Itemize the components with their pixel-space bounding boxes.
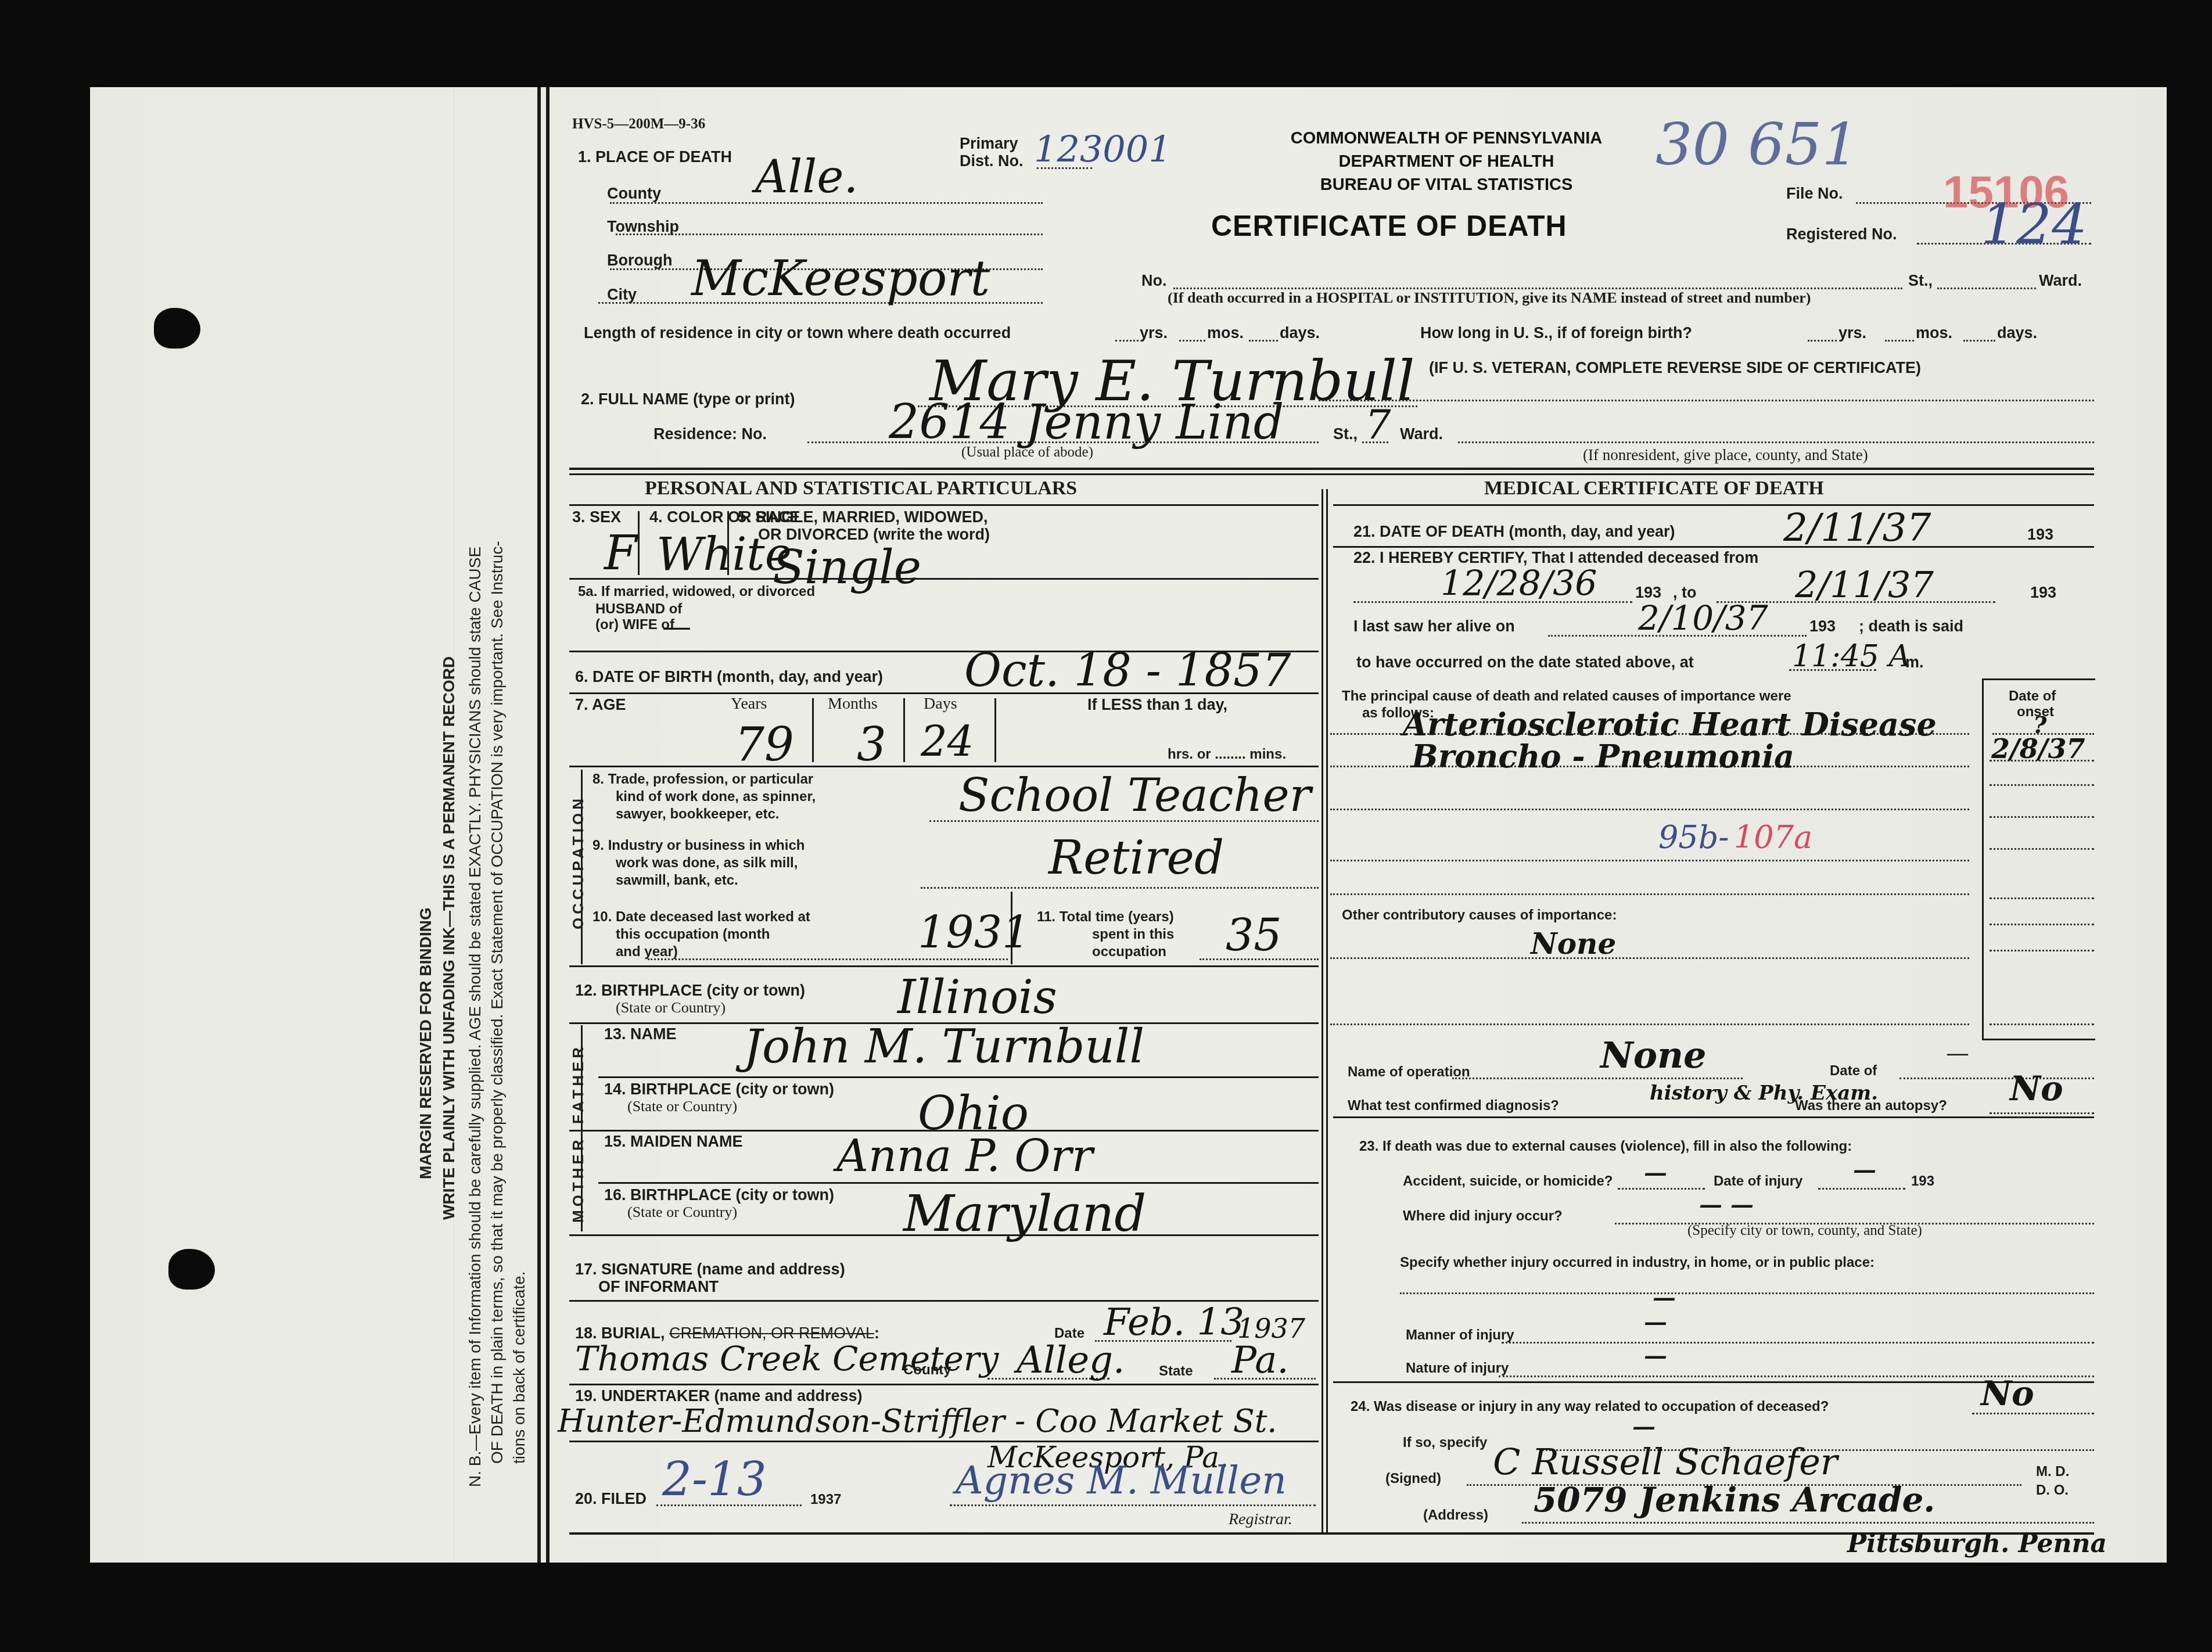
cause-label-1: The principal cause of death and related… [1342, 688, 1791, 705]
section-rule [569, 473, 2094, 475]
dist-no-value: 123001 [1034, 128, 1172, 170]
time-suffix: m. [1905, 653, 1924, 671]
mos-line [1179, 340, 1205, 342]
name-line-right [1319, 400, 2094, 401]
margin-nb-line2: OF DEATH in plain terms, so that it may … [487, 541, 508, 1464]
cell-divider [903, 698, 905, 762]
external-causes-label: 23. If death was due to external causes … [1359, 1139, 1852, 1155]
sex-label: 3. SEX [572, 508, 621, 526]
burial-county-label: County [903, 1362, 951, 1378]
mother-birthplace-label-1: 16. BIRTHPLACE (city or town) [604, 1186, 834, 1204]
personal-section-title: PERSONAL AND STATISTICAL PARTICULARS [645, 477, 1077, 500]
registrar-line [950, 1504, 1316, 1506]
accident-label: Accident, suicide, or homicide? [1403, 1173, 1613, 1190]
classification-code-red: 107a [1734, 819, 1812, 856]
months-label: Months [828, 695, 878, 713]
industry-value: Retired [1048, 831, 1224, 885]
days-label: Days [924, 695, 957, 713]
physician-address-city: Pittsburgh. Penna [1847, 1529, 2107, 1558]
last-worked-value: 1931 [918, 906, 1030, 958]
death-st-label: St., [1908, 272, 1933, 290]
trade-label-1: 8. Trade, profession, or particular [592, 771, 813, 788]
md-label: M. D. [2036, 1464, 2069, 1480]
informant-label-2: OF INFORMANT [598, 1278, 719, 1296]
do-label: D. O. [2036, 1482, 2069, 1499]
attended-from-value: 12/28/36 [1441, 563, 1597, 604]
file-no-label: File No. [1786, 185, 1843, 203]
residence-value: 2614 Jenny Lind [889, 395, 1284, 450]
if-so-value: — [1632, 1413, 1656, 1440]
borough-label: Borough [607, 252, 672, 270]
signed-label: (Signed) [1385, 1471, 1441, 1487]
trade-label-3: sawyer, bookkeeper, etc. [616, 806, 780, 823]
row-rule [598, 1182, 1319, 1184]
death-said-label: ; death is said [1859, 617, 1963, 635]
industry-label-2: work was done, as silk mill, [616, 855, 798, 871]
margin-nb-line1: N. B.—Every item of Information should b… [465, 547, 486, 1487]
mother-side-label: MOTHER [569, 1136, 587, 1223]
physician-address: 5079 Jenkins Arcade. [1534, 1480, 1935, 1520]
filed-year: 1937 [810, 1492, 841, 1508]
other-cause-line [1330, 957, 1969, 959]
less-than-label: If LESS than 1 day, [1087, 696, 1227, 714]
onset-line [1990, 784, 2094, 786]
father-side-label: FATHER [569, 1044, 587, 1124]
sex-value: F [604, 526, 637, 581]
margin-write-plainly: WRITE PLAINLY WITH UNFADING INK—THIS IS … [439, 656, 459, 1220]
agency-department: DEPARTMENT OF HEALTH [1243, 152, 1650, 171]
township-line [616, 234, 1043, 235]
onset-line [1990, 897, 2094, 899]
filed-label: 20. FILED [575, 1490, 647, 1508]
registrar-signature: Agnes M. Mullen [956, 1458, 1287, 1503]
nonresident-note: (If nonresident, give place, county, and… [1583, 446, 1868, 464]
column-divider [1322, 489, 1323, 1535]
if-so-label: If so, specify [1403, 1435, 1487, 1451]
place-of-death-label: 1. PLACE OF DEATH [578, 148, 732, 166]
onset-line [1990, 848, 2094, 850]
row-rule [1333, 1116, 2094, 1118]
address-label: (Address) [1423, 1507, 1488, 1524]
dob-value: Oct. 18 - 1857 [964, 645, 1291, 697]
onset-column-bottom [1982, 1039, 2095, 1040]
industry-line [921, 887, 1319, 889]
dod-suffix: 193 [2027, 526, 2053, 544]
onset-line [1990, 816, 2094, 818]
mother-birthplace-label-2: (State or Country) [627, 1204, 737, 1221]
days-line [1249, 340, 1278, 342]
row-rule [569, 766, 1319, 767]
cause-2-value: Broncho - Pneumonia [1412, 738, 1794, 775]
row-rule [569, 965, 1319, 967]
city-value: McKeesport [691, 250, 990, 307]
autopsy-value: No [2010, 1069, 2063, 1108]
occurred-label: to have occurred on the date stated abov… [1356, 653, 1694, 671]
foreign-days-line [1963, 340, 1995, 342]
handwritten-file-number: 30 651 [1656, 110, 1859, 178]
filed-value: 2-13 [662, 1452, 767, 1506]
manner-value: — [1644, 1308, 1667, 1335]
dob-label: 6. DATE OF BIRTH (month, day, and year) [575, 668, 883, 686]
where-note: (Specify city or town, county, and State… [1687, 1223, 1922, 1239]
father-name-value: John M. Turnbull [744, 1019, 1144, 1073]
operation-line [1452, 1078, 1743, 1079]
margin-double-rule [537, 87, 541, 1563]
margin-double-rule [546, 87, 550, 1563]
residence-ward-value: 7 [1365, 401, 1391, 448]
age-years-value: 79 [735, 717, 794, 771]
father-birthplace-label-2: (State or Country) [627, 1098, 737, 1115]
total-time-label-3: occupation [1092, 944, 1166, 960]
days-label: days. [1280, 324, 1320, 342]
total-time-value: 35 [1226, 909, 1282, 961]
physician-signature: C Russell Schaefer [1493, 1441, 1838, 1483]
row-rule [569, 504, 1319, 506]
specify-value: — [1653, 1284, 1676, 1311]
yrs-label: yrs. [1140, 324, 1168, 342]
row-rule [1333, 504, 2094, 506]
binding-hole [154, 308, 200, 349]
last-saw-value: 2/10/37 [1638, 598, 1768, 638]
nature-label: Nature of injury [1406, 1360, 1509, 1377]
onset-2-value: 2/8/37 [1991, 733, 2085, 764]
hospital-note: (If death occurred in a HOSPITAL or INST… [1168, 289, 1811, 307]
row-rule [1333, 1381, 2094, 1383]
operation-value: None [1600, 1034, 1707, 1076]
residence-label: Residence: No. [653, 425, 767, 443]
row-rule [569, 692, 1319, 694]
residence-length-label: Length of residence in city or town wher… [584, 324, 1011, 342]
accident-value: — [1644, 1159, 1667, 1186]
registered-no-value: 124 [1981, 192, 2087, 257]
dod-label: 21. DATE OF DEATH (month, day, and year) [1353, 523, 1675, 541]
registered-no-label: Registered No. [1786, 225, 1897, 243]
manner-line [1502, 1342, 2094, 1344]
years-label: Years [731, 695, 767, 713]
row-rule [1333, 546, 2094, 548]
injury-date-label: Date of injury [1714, 1173, 1802, 1190]
foreign-yrs-line [1808, 340, 1837, 342]
mother-name-label: 15. MAIDEN NAME [604, 1133, 743, 1151]
county-label: County [607, 185, 661, 203]
spouse-value: — [662, 610, 691, 644]
last-worked-label-2: this occupation (month [616, 926, 770, 943]
column-divider [1326, 489, 1328, 1535]
age-months-value: 3 [857, 717, 886, 771]
last-saw-label: I last saw her alive on [1353, 617, 1515, 635]
specify-label: Specify whether injury occurred in indus… [1400, 1255, 1875, 1271]
cell-divider [812, 698, 814, 762]
certificate-title: CERTIFICATE OF DEATH [1211, 209, 1567, 243]
birthplace-label-2: (State or Country) [616, 999, 726, 1017]
mos-label: mos. [1207, 324, 1244, 342]
foreign-mos-label: mos. [1916, 324, 1952, 342]
county-value: Alle. [755, 151, 858, 203]
occupation-side-label: OCCUPATION [569, 795, 587, 929]
primary-label: Primary [960, 135, 1018, 152]
medical-section-title: MEDICAL CERTIFICATE OF DEATH [1484, 477, 1824, 500]
yrs-line [1115, 340, 1139, 342]
last-saw-year: 193 [1809, 617, 1836, 635]
op-date-value: — [1946, 1040, 1969, 1066]
birthplace-label-1: 12. BIRTHPLACE (city or town) [575, 982, 805, 1000]
binding-hole [168, 1249, 215, 1290]
manner-label: Manner of injury [1406, 1327, 1514, 1344]
age-label: 7. AGE [575, 696, 626, 714]
nature-value: — [1644, 1342, 1667, 1369]
injury-year: 193 [1911, 1173, 1934, 1190]
trade-value: School Teacher [958, 770, 1311, 822]
row-rule [598, 1076, 1319, 1078]
residence-st-label: St., [1333, 425, 1358, 443]
classification-code-blue: 95b- [1658, 819, 1729, 856]
spouse-label-1: 5a. If married, widowed, or divorced [578, 584, 815, 600]
death-ward-line [1937, 288, 2036, 289]
cell-divider [727, 511, 729, 575]
foreign-days-label: days. [1997, 324, 2037, 342]
occ-related-label: 24. Was disease or injury in any way rel… [1351, 1399, 1829, 1415]
father-birthplace-label-1: 14. BIRTHPLACE (city or town) [604, 1080, 834, 1098]
onset-line [1990, 1023, 2094, 1025]
onset-line [1990, 924, 2094, 925]
time-value: 11:45 A [1792, 639, 1911, 674]
test-label: What test confirmed diagnosis? [1348, 1098, 1559, 1114]
last-worked-label-1: 10. Date deceased last worked at [592, 909, 810, 925]
industry-label-3: sawmill, bank, etc. [616, 872, 738, 889]
total-time-label-1: 11. Total time (years) [1037, 909, 1174, 925]
occ-related-value: No [1981, 1374, 2034, 1413]
specify-line [1400, 1292, 2094, 1294]
address-line [1522, 1522, 2094, 1524]
foreign-mos-line [1885, 340, 1914, 342]
agency-bureau: BUREAU OF VITAL STATISTICS [1243, 175, 1650, 195]
burial-county-value: Alleg. [1017, 1339, 1125, 1382]
cell-divider [638, 511, 640, 575]
nonresident-line [1458, 441, 2094, 443]
foreign-birth-label: How long in U. S., if of foreign birth? [1420, 324, 1692, 342]
undertaker-value: Hunter-Edmundson-Striffler - Coo Market … [558, 1403, 1277, 1439]
autopsy-label: Was there an autopsy? [1795, 1098, 1947, 1114]
cause-line [1330, 860, 1969, 861]
onset-label-1: Date of [2009, 688, 2056, 705]
last-worked-line [648, 958, 1008, 960]
burial-state-value: Pa. [1231, 1339, 1289, 1382]
row-rule [569, 1234, 1319, 1236]
margin-nb-line3: tions on back of certificate. [509, 1271, 530, 1464]
op-date-line [1899, 1078, 2094, 1079]
marital-label-1: 5. SINGLE, MARRIED, WIDOWED, [738, 508, 988, 526]
abode-note: (Usual place of abode) [961, 444, 1093, 461]
total-time-label-2: spent in this [1092, 926, 1174, 943]
where-label: Where did injury occur? [1403, 1208, 1563, 1224]
onset-line [1990, 950, 2094, 951]
last-worked-label-3: and year) [616, 944, 678, 960]
dod-value: 2/11/37 [1783, 505, 1931, 550]
other-cause-line [1330, 1023, 1969, 1025]
op-date-label: Date of [1830, 1063, 1877, 1079]
form-code: HVS-5—200M—9-36 [572, 116, 705, 132]
agency-commonwealth: COMMONWEALTH OF PENNSYLVANIA [1243, 129, 1650, 148]
birthplace-value: Illinois [897, 970, 1057, 1024]
attended-to-year: 193 [2030, 584, 2056, 602]
veteran-note: (IF U. S. VETERAN, COMPLETE REVERSE SIDE… [1429, 359, 1921, 377]
death-ward-label: Ward. [2039, 272, 2082, 290]
injury-date-line [1818, 1188, 1905, 1190]
residence-ward-label: Ward. [1400, 425, 1443, 443]
street-no-label: No. [1141, 272, 1167, 290]
attended-to-value: 2/11/37 [1795, 563, 1934, 606]
row-rule [569, 578, 1319, 580]
burial-date-value: Feb. 13 [1104, 1301, 1244, 1344]
onset-column-top [1982, 678, 2095, 680]
margin-binding-note: MARGIN RESERVED FOR BINDING [415, 907, 436, 1179]
onset-column-divider [1982, 680, 1984, 1040]
dist-no-label: Dist. No. [960, 152, 1024, 170]
informant-label-1: 17. SIGNATURE (name and address) [575, 1260, 845, 1278]
age-days-value: 24 [921, 717, 974, 766]
row-rule [569, 1384, 1319, 1385]
accident-line [1618, 1188, 1705, 1190]
section-rule [569, 468, 2094, 470]
industry-label-1: 9. Industry or business in which [592, 838, 805, 854]
other-causes-value: None [1531, 926, 1616, 961]
cell-divider [994, 698, 996, 762]
mother-name-value: Anna P. Orr [836, 1130, 1093, 1181]
foreign-yrs-label: yrs. [1838, 324, 1866, 342]
other-causes-label: Other contributory causes of importance: [1342, 907, 1617, 924]
cause-line [1330, 809, 1969, 810]
autopsy-line [1990, 1112, 2094, 1114]
registrar-label: Registrar. [1229, 1510, 1292, 1529]
cause-line [1330, 893, 1969, 895]
trade-label-2: kind of work done, as spinner, [616, 789, 816, 805]
injury-date-value: — [1853, 1156, 1876, 1183]
father-name-label: 13. NAME [604, 1025, 677, 1043]
hrs-mins-label: hrs. or ........ mins. [1168, 746, 1286, 763]
full-name-label: 2. FULL NAME (type or print) [581, 390, 795, 408]
city-label: City [607, 286, 637, 304]
where-value: — — [1699, 1191, 1754, 1218]
burial-state-label: State [1159, 1363, 1193, 1380]
